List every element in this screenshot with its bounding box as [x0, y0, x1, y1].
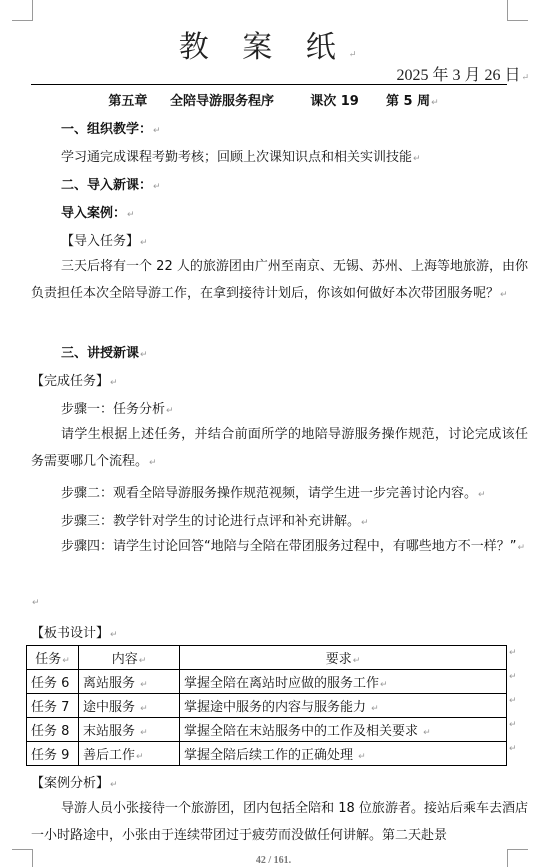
table-cell: 途中服务 ↵ — [79, 694, 180, 718]
step-four: 步骤四：请学生讨论回答“地陪与全陪在带团服务过程中，有哪些地方不一样？”↵ — [31, 534, 528, 562]
table-cell: 善后工作↵ — [79, 742, 180, 766]
intro-task-body: 三天后将有一个 22 人的旅游团由广州至南京、无锡、苏州、上海等地旅游，由你负责… — [31, 254, 528, 308]
step-three: 步骤三：教学针对学生的讨论进行点评和补充讲解。↵ — [61, 510, 369, 529]
page-corner-mark-top-left — [12, 0, 33, 21]
paragraph-mark-icon: ↵ — [500, 290, 508, 300]
paragraph-mark-icon: ↵ — [110, 630, 118, 640]
table-cell: 任务 8 — [27, 718, 79, 742]
intro-case-heading: 导入案例：↵ — [61, 202, 135, 221]
case-analysis-label: 【案例分析】↵ — [31, 772, 118, 791]
page-corner-mark-top-right — [507, 0, 528, 21]
table-header-cell: 内容↵ — [79, 646, 180, 670]
paragraph-mark-icon: ↵ — [166, 406, 174, 416]
table-cell: 任务 6 — [27, 670, 79, 694]
table-cell: 掌握全陪后续工作的正确处理 ↵ — [180, 742, 507, 766]
paragraph-mark-icon: ↵ — [353, 656, 361, 666]
paragraph-mark-icon: ↵ — [140, 350, 148, 360]
table-header-cell: 要求↵ — [180, 646, 507, 670]
paragraph-mark-icon: ↵ — [153, 126, 161, 136]
table-header-row: 任务↵ 内容↵ 要求↵ — [27, 646, 507, 670]
case-analysis-body: 导游人员小张接待一个旅游团，团内包括全陪和 18 位旅游者。接站后乘车去酒店一小… — [31, 796, 528, 849]
step-two: 步骤二：观看全陪导游服务操作规范视频，请学生进一步完善讨论内容。↵ — [61, 482, 486, 501]
row-end-mark-icon: ↵ — [509, 720, 517, 730]
week-number: 第 5 周 — [386, 94, 430, 109]
table-row: 任务 8 末站服务 ↵ 掌握全陪在末站服务中的工作及相关要求 ↵ — [27, 718, 507, 742]
paragraph-mark-icon: ↵ — [431, 98, 439, 108]
paragraph-mark-icon: ↵ — [358, 752, 366, 762]
table-row: 任务 6 离站服务 ↵ 掌握全陪在离站时应做的服务工作↵ — [27, 670, 507, 694]
paragraph-mark-icon: ↵ — [110, 378, 118, 388]
paragraph-mark-icon: ↵ — [361, 518, 369, 528]
paragraph-mark-icon: ↵ — [517, 543, 525, 553]
table-cell: 掌握途中服务的内容与服务能力 ↵ — [180, 694, 507, 718]
table-row: 任务 9 善后工作↵ 掌握全陪后续工作的正确处理 ↵ — [27, 742, 507, 766]
section-heading-organize: 一、组织教学：↵ — [61, 118, 161, 137]
paragraph-mark-icon: ↵ — [140, 704, 148, 714]
table-cell: 任务 7 — [27, 694, 79, 718]
chapter-number: 第五章 — [108, 94, 147, 109]
table-cell: 任务 9 — [27, 742, 79, 766]
paragraph-mark-icon: ↵ — [149, 458, 157, 468]
step-one: 步骤一：任务分析↵ — [61, 398, 174, 417]
intro-task-label: 【导入任务】↵ — [61, 230, 148, 249]
table-header-cell: 任务↵ — [27, 646, 79, 670]
paragraph-mark-icon: ↵ — [127, 210, 135, 220]
step-one-body: 请学生根据上述任务，并结合前面所学的地陪导游服务操作规范，讨论完成该任务需要哪几… — [31, 422, 528, 476]
chapter-line: 第五章 全陪导游服务程序 课次 19 第 5 周↵ — [0, 90, 547, 109]
paragraph-mark-icon: ↵ — [140, 680, 148, 690]
paragraph-mark-icon: ↵ — [371, 704, 379, 714]
board-design-table: 任务↵ 内容↵ 要求↵ 任务 6 离站服务 ↵ 掌握全陪在离站时应做的服务工作↵… — [26, 645, 507, 766]
paragraph-mark-icon: ↵ — [478, 490, 486, 500]
paragraph-mark-icon: ↵ — [413, 154, 421, 164]
board-design-label: 【板书设计】↵ — [31, 622, 118, 641]
chapter-topic: 全陪导游服务程序 — [170, 94, 274, 109]
section-body-organize: 学习通完成课程考勤考核；回顾上次课知识点和相关实训技能↵ — [61, 146, 421, 165]
row-end-mark-icon: ↵ — [509, 648, 517, 658]
paragraph-mark-icon: ↵ — [139, 656, 147, 666]
paragraph-mark-icon: ↵ — [153, 182, 161, 192]
paragraph-mark-icon: ↵ — [32, 598, 40, 608]
header-rule — [31, 84, 507, 85]
table-cell: 末站服务 ↵ — [79, 718, 180, 742]
section-heading-teach: 三、讲授新课↵ — [61, 342, 148, 361]
paragraph-mark-icon: ↵ — [349, 50, 369, 60]
complete-task-label: 【完成任务】↵ — [31, 370, 118, 389]
empty-paragraph: ↵ — [31, 594, 40, 609]
paragraph-mark-icon: ↵ — [521, 72, 529, 82]
paragraph-mark-icon: ↵ — [110, 780, 118, 790]
section-heading-intro: 二、导入新课：↵ — [61, 174, 161, 193]
lesson-number: 课次 19 — [310, 94, 359, 109]
row-end-mark-icon: ↵ — [509, 696, 517, 706]
paragraph-mark-icon: ↵ — [62, 656, 70, 666]
table-row: 任务 7 途中服务 ↵ 掌握途中服务的内容与服务能力 ↵ — [27, 694, 507, 718]
table-cell: 掌握全陪在离站时应做的服务工作↵ — [180, 670, 507, 694]
document-title: 教 案 纸↵ — [0, 22, 547, 66]
row-end-mark-icon: ↵ — [509, 672, 517, 682]
document-date: 2025 年 3 月 26 日↵ — [396, 62, 529, 85]
paragraph-mark-icon: ↵ — [140, 728, 148, 738]
page-indicator: 42 / 161. — [0, 855, 547, 866]
paragraph-mark-icon: ↵ — [140, 238, 148, 248]
row-end-mark-icon: ↵ — [509, 744, 517, 754]
paragraph-mark-icon: ↵ — [380, 680, 388, 690]
paragraph-mark-icon: ↵ — [136, 752, 144, 762]
table-cell: 掌握全陪在末站服务中的工作及相关要求 ↵ — [180, 718, 507, 742]
paragraph-mark-icon: ↵ — [423, 728, 431, 738]
table-cell: 离站服务 ↵ — [79, 670, 180, 694]
